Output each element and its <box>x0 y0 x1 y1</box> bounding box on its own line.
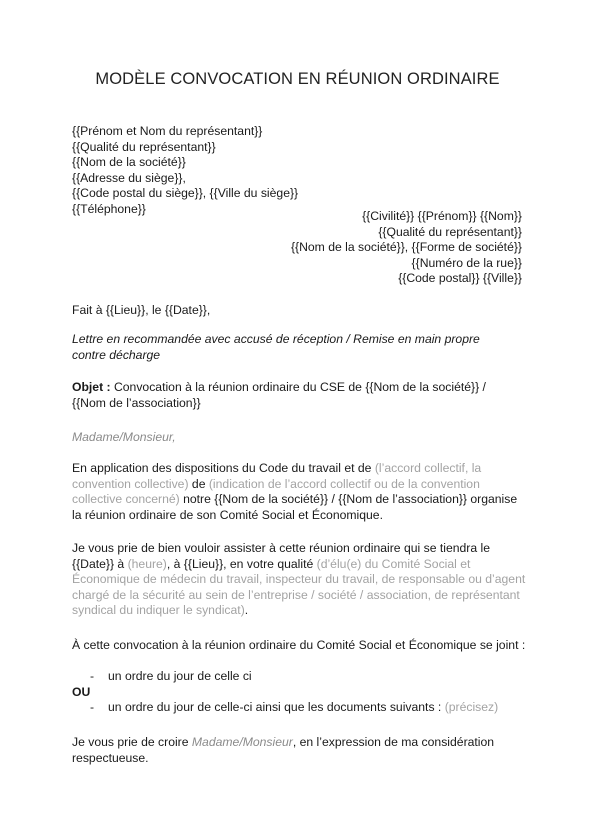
recipient-line: {{Code postal}} {{Ville}} <box>291 271 522 287</box>
paragraph-legal-basis: En application des dispositions du Code … <box>72 461 524 523</box>
sender-line: {{Qualité du représentant}} <box>72 140 527 156</box>
attachments-list: - un ordre du jour de celle ci OU - un o… <box>72 669 527 716</box>
placeholder-text: Madame/Monsieur <box>192 735 293 749</box>
subject-text: Convocation à la réunion ordinaire du CS… <box>72 380 486 410</box>
closing: Je vous prie de croire Madame/Monsieur, … <box>72 735 512 766</box>
or-label: OU <box>72 685 527 701</box>
document-page: MODÈLE CONVOCATION EN RÉUNION ORDINAIRE … <box>0 0 595 840</box>
sender-block: {{Prénom et Nom du représentant}} {{Qual… <box>72 124 527 218</box>
salutation: Madame/Monsieur, <box>72 430 527 446</box>
subject-label: Objet : <box>72 380 111 394</box>
list-item: - un ordre du jour de celle-ci ainsi que… <box>72 700 527 716</box>
recipient-line: {{Nom de la société}}, {{Forme de sociét… <box>291 240 522 256</box>
attachments-intro: À cette convocation à la réunion ordinai… <box>72 638 527 654</box>
document-title: MODÈLE CONVOCATION EN RÉUNION ORDINAIRE <box>0 70 595 89</box>
dash-bullet-icon: - <box>90 700 94 716</box>
sender-line: {{Prénom et Nom du représentant}} <box>72 124 527 140</box>
dash-bullet-icon: - <box>90 669 94 685</box>
recipient-line: {{Qualité du représentant}} <box>291 225 522 241</box>
text: de <box>189 477 209 491</box>
recipient-block: {{Civilité}} {{Prénom}} {{Nom}} {{Qualit… <box>291 209 522 287</box>
paragraph-invitation: Je vous prie de bien vouloir assister à … <box>72 541 527 619</box>
recipient-line: {{Civilité}} {{Prénom}} {{Nom}} <box>291 209 522 225</box>
list-item: - un ordre du jour de celle ci <box>72 669 527 685</box>
text: , à {{Lieu}}, en votre qualité <box>167 557 317 571</box>
sender-line: {{Code postal du siège}}, {{Ville du siè… <box>72 186 527 202</box>
list-item-text: un ordre du jour de celle-ci ainsi que l… <box>108 700 445 714</box>
placeholder-text: (précisez) <box>445 700 499 714</box>
text: En application des dispositions du Code … <box>72 461 375 475</box>
sender-line: {{Adresse du siège}}, <box>72 171 527 187</box>
placeholder-text: (heure) <box>128 557 167 571</box>
recipient-line: {{Numéro de la rue}} <box>291 256 522 272</box>
sender-line: {{Nom de la société}} <box>72 155 527 171</box>
delivery-mode: Lettre en recommandée avec accusé de réc… <box>72 332 512 363</box>
text: . <box>245 603 248 617</box>
subject: Objet : Convocation à la réunion ordinai… <box>72 380 517 411</box>
list-item-text: un ordre du jour de celle ci <box>108 669 252 683</box>
text: Je vous prie de croire <box>72 735 192 749</box>
place-date: Fait à {{Lieu}}, le {{Date}}, <box>72 303 527 319</box>
